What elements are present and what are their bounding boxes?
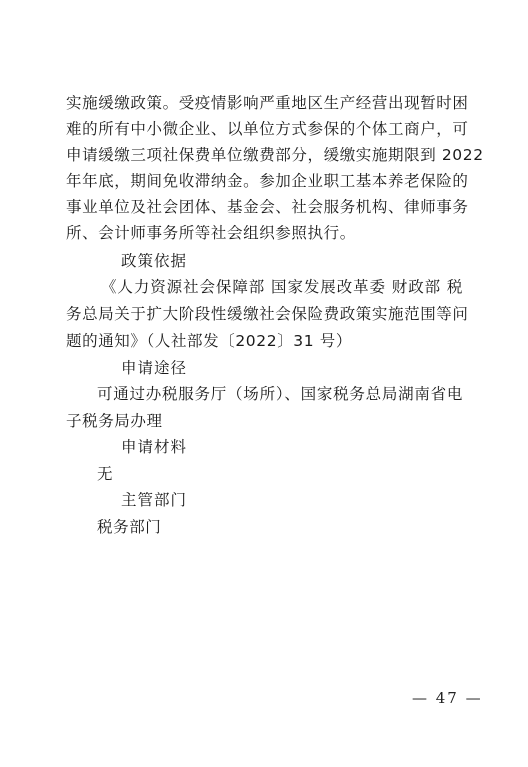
policy-basis-line-1: 《人力资源社会保障部 国家发展改革委 财政部 税 [101,274,463,300]
section-heading-application-channel: 申请途径 [121,355,187,381]
intro-line-2: 难的所有中小微企业、以单位方式参保的个体工商户，可 [66,116,463,142]
page-number: — 47 — [412,689,483,707]
intro-line-5: 事业单位及社会团体、基金会、社会服务机构、律师事务 [66,194,463,220]
intro-line-6: 所、会计师事务所等社会组织参照执行。 [66,220,463,246]
document-page: 实施缓缴政策。受疫情影响严重地区生产经营出现暂时困 难的所有中小微企业、以单位方… [0,0,528,767]
intro-line-3: 申请缓缴三项社保费单位缴费部分，缓缴实施期限到 2022 [66,142,463,168]
policy-basis-line-2: 务总局关于扩大阶段性缓缴社会保险费政策实施范围等问 [66,301,463,327]
intro-line-4: 年年底，期间免收滞纳金。参加企业职工基本养老保险的 [66,168,463,194]
application-materials-value: 无 [97,461,113,487]
policy-basis-line-3: 题的通知》（人社部发〔2022〕31 号） [66,328,463,354]
section-heading-competent-department: 主管部门 [121,487,187,513]
section-heading-application-materials: 申请材料 [121,434,187,460]
application-channel-line-2: 子税务局办理 [66,408,463,434]
intro-line-1: 实施缓缴政策。受疫情影响严重地区生产经营出现暂时困 [66,90,463,116]
competent-department-value: 税务部门 [97,514,161,540]
application-channel-line-1: 可通过办税服务厅（场所）、国家税务总局湖南省电 [97,381,463,407]
section-heading-policy-basis: 政策依据 [121,248,187,274]
